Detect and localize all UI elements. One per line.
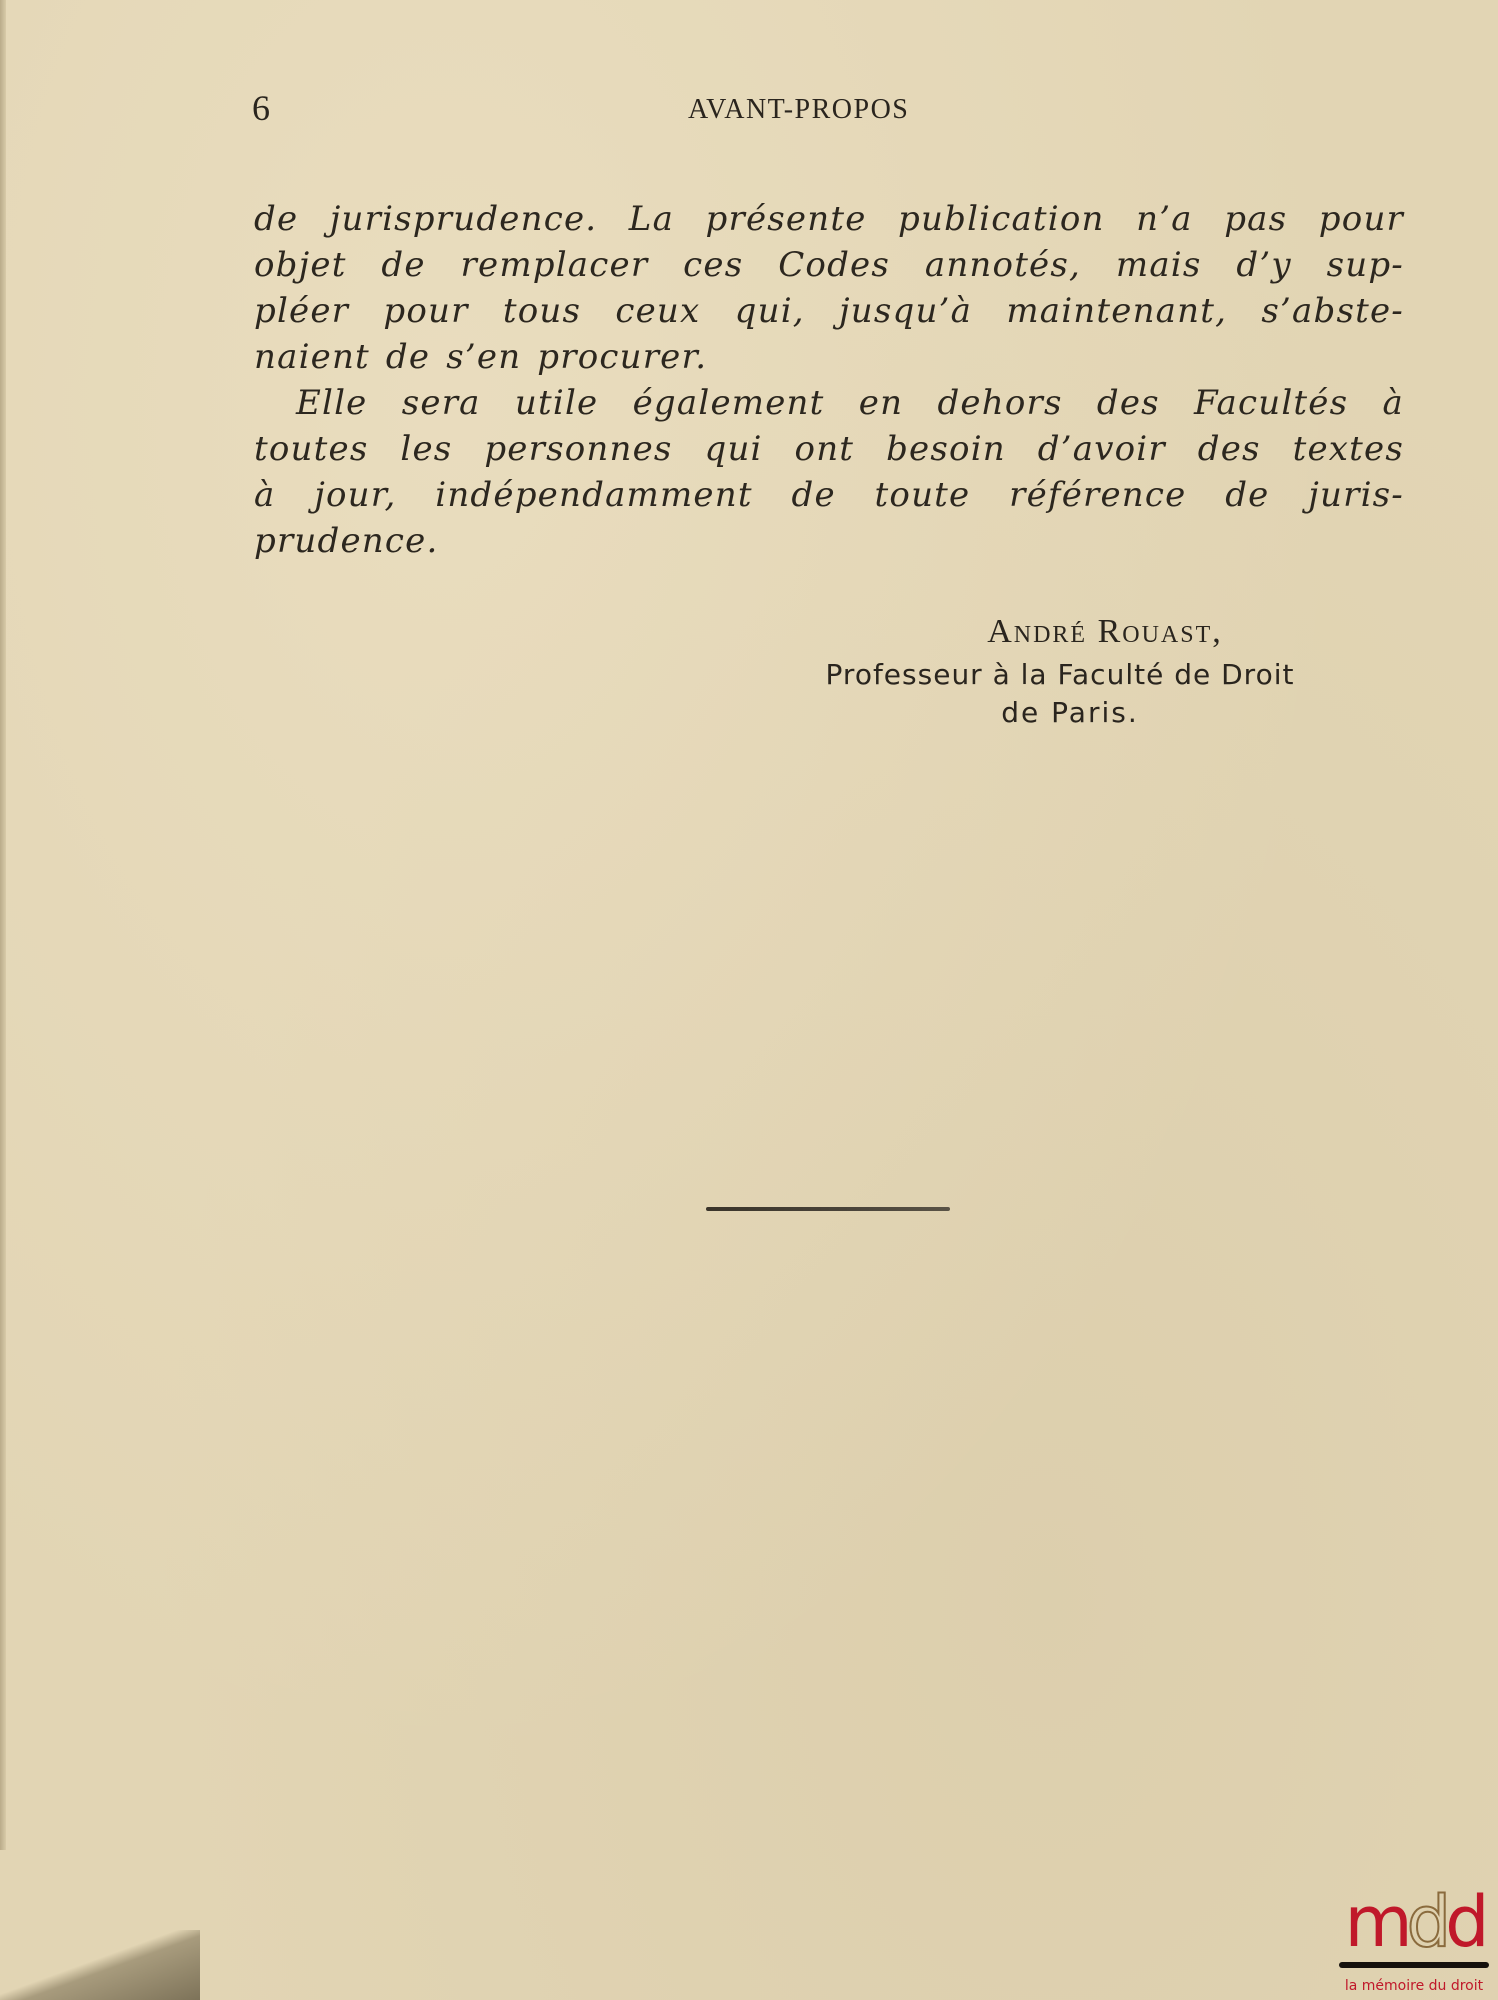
running-head: AVANT-PROPOS <box>688 94 909 126</box>
text-line: prudence. <box>254 518 1404 564</box>
logo-mark: mdd <box>1336 1890 1492 1954</box>
paragraph-1: de jurisprudence. La présente publicatio… <box>254 196 1404 380</box>
text-line: pléer pour tous ceux qui, jusqu’à mainte… <box>254 288 1404 334</box>
author-title: Professeur à la Faculté de Droit <box>740 656 1380 694</box>
text-line: toutes les personnes qui ont besoin d’av… <box>254 426 1404 472</box>
page-corner-shadow <box>0 1930 200 2000</box>
paragraph-2: Elle sera utile également en dehors des … <box>254 380 1404 564</box>
author-city: de Paris. <box>740 694 1380 732</box>
text-line: objet de remplacer ces Codes annotés, ma… <box>254 242 1404 288</box>
signature-block: André Rouast, Professeur à la Faculté de… <box>740 608 1380 732</box>
page-number: 6 <box>252 88 270 128</box>
logo-letter-d-outline: d <box>1407 1881 1445 1963</box>
section-end-rule <box>706 1207 950 1211</box>
author-name: André Rouast, <box>740 608 1380 656</box>
logo-letter-d: d <box>1445 1881 1483 1963</box>
text-line: naient de s’en procurer. <box>254 334 1404 380</box>
logo-tagline: la mémoire du droit <box>1336 1978 1492 1994</box>
text-line: de jurisprudence. La présente publicatio… <box>254 196 1404 242</box>
logo-letter-m: m <box>1344 1881 1406 1963</box>
text-line: Elle sera utile également en dehors des … <box>254 380 1404 426</box>
mdd-logo: mdd la mémoire du droit <box>1336 1890 1492 1994</box>
page-left-edge <box>0 0 6 1850</box>
text-line: à jour, indépendamment de toute référenc… <box>254 472 1404 518</box>
body-text: de jurisprudence. La présente publicatio… <box>254 196 1404 564</box>
